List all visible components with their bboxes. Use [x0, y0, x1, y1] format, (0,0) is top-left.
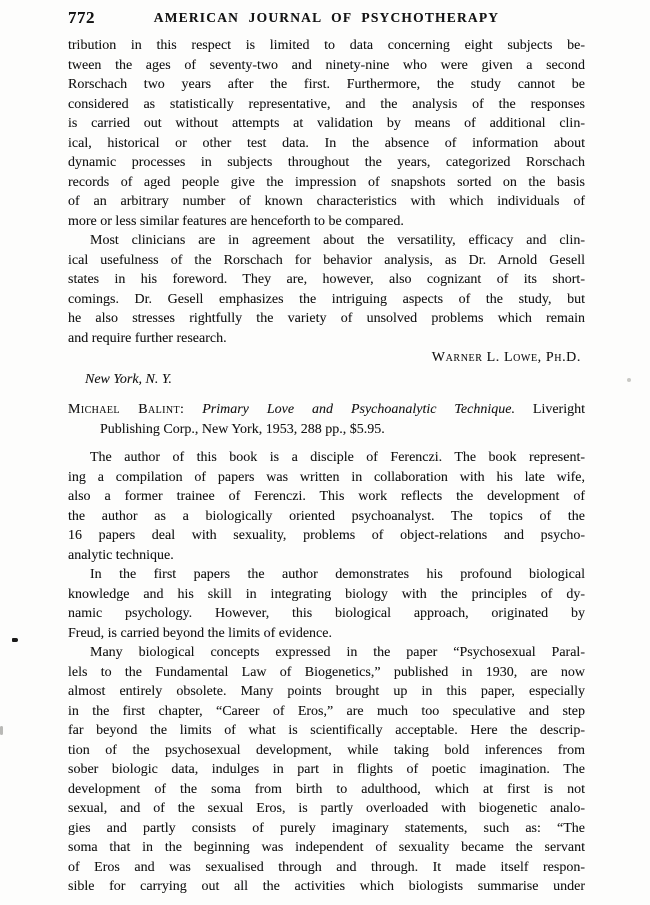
text-line: the author as a biologically oriented ps…	[68, 507, 585, 527]
text-line: ing a compilation of papers was written …	[68, 468, 585, 488]
scan-edge-mark	[0, 726, 3, 735]
text-line: more or less similar features are hencef…	[68, 212, 585, 232]
citation-line-2: Publishing Corp., New York, 1953, 288 pp…	[68, 420, 585, 440]
scanned-journal-page: 772 AMERICAN JOURNAL OF PSYCHOTHERAPY tr…	[0, 0, 650, 905]
text-line: The author of this book is a disciple of…	[68, 448, 585, 468]
text-line: development of the soma from birth to ad…	[68, 780, 585, 800]
running-header: 772 AMERICAN JOURNAL OF PSYCHOTHERAPY	[68, 8, 585, 28]
text-line: in the first chapter, “Career of Eros,” …	[68, 702, 585, 722]
text-line: analytic technique.	[68, 546, 585, 566]
scan-dot	[627, 378, 631, 382]
text-line: ical usefulness of the Rorschach for beh…	[68, 251, 585, 271]
reviewer-location: New York, N. Y.	[68, 370, 585, 390]
text-line: also a former trainee of Ferenczi. This …	[68, 487, 585, 507]
book-title: Primary Love and Psychoanalytic Techniqu…	[202, 402, 515, 417]
text-line: he also stresses rightfully the variety …	[68, 309, 585, 329]
text-line: Many biological concepts expressed in th…	[68, 643, 585, 663]
text-line: knowledge and his skill in integrating b…	[68, 585, 585, 605]
text-line: namic psychology. However, this biologic…	[68, 604, 585, 624]
text-line: 16 papers deal with sexuality, problems …	[68, 526, 585, 546]
text-line: of an arbitrary number of known characte…	[68, 192, 585, 212]
reviewer-signature: Warner L. Lowe, Ph.D.	[68, 348, 585, 368]
book-author: Michael Balint:	[68, 402, 184, 417]
text-line: sober biologic data, indulges in part in…	[68, 760, 585, 780]
balint-review-paragraph-1: The author of this book is a disciple of…	[68, 448, 585, 565]
text-line: of Eros and was sexualised through and t…	[68, 858, 585, 878]
page-content: tribution in this respect is limited to …	[68, 36, 585, 897]
text-line: far beyond the limits of what is scienti…	[68, 721, 585, 741]
text-line: sible for carrying out all the activitie…	[68, 877, 585, 897]
text-line: comings. Dr. Gesell emphasizes the intri…	[68, 290, 585, 310]
balint-review-paragraph-3: Many biological concepts expressed in th…	[68, 643, 585, 897]
text-line: gies and partly consists of purely imagi…	[68, 819, 585, 839]
text-line: is carried out without attempts at valid…	[68, 114, 585, 134]
ink-speck	[12, 638, 18, 642]
book-citation: Michael Balint: Primary Love and Psychoa…	[68, 400, 585, 439]
text-line: considered as statistically representati…	[68, 95, 585, 115]
text-line: Rorschach two years after the first. Fur…	[68, 75, 585, 95]
text-line: almost entirely obsolete. Many points br…	[68, 682, 585, 702]
text-line: tween the ages of seventy-two and ninety…	[68, 56, 585, 76]
text-line: Freud, is carried beyond the limits of e…	[68, 624, 585, 644]
text-line: Most clinicians are in agreement about t…	[68, 231, 585, 251]
lowe-review-paragraph: Most clinicians are in agreement about t…	[68, 231, 585, 348]
text-line: soma that in the beginning was independe…	[68, 838, 585, 858]
text-line: ical, historical or other test data. In …	[68, 134, 585, 154]
text-line: and require further research.	[68, 329, 585, 349]
journal-title: AMERICAN JOURNAL OF PSYCHOTHERAPY	[68, 10, 585, 26]
text-line: tribution in this respect is limited to …	[68, 36, 585, 56]
citation-line-1: Michael Balint: Primary Love and Psychoa…	[68, 400, 585, 420]
text-line: lels to the Fundamental Law of Biogeneti…	[68, 663, 585, 683]
text-line: In the first papers the author demonstra…	[68, 565, 585, 585]
lowe-review-paragraph-continuation: tribution in this respect is limited to …	[68, 36, 585, 231]
text-line: records of aged people give the impressi…	[68, 173, 585, 193]
text-line: sexual, and of the sexual Eros, is partl…	[68, 799, 585, 819]
text-line: states in his foreword. They are, howeve…	[68, 270, 585, 290]
book-publisher-start: Liveright	[533, 402, 585, 417]
text-line: dynamic processes in subjects throughout…	[68, 153, 585, 173]
text-line: tion of the psychosexual development, wh…	[68, 741, 585, 761]
balint-review-paragraph-2: In the first papers the author demonstra…	[68, 565, 585, 643]
